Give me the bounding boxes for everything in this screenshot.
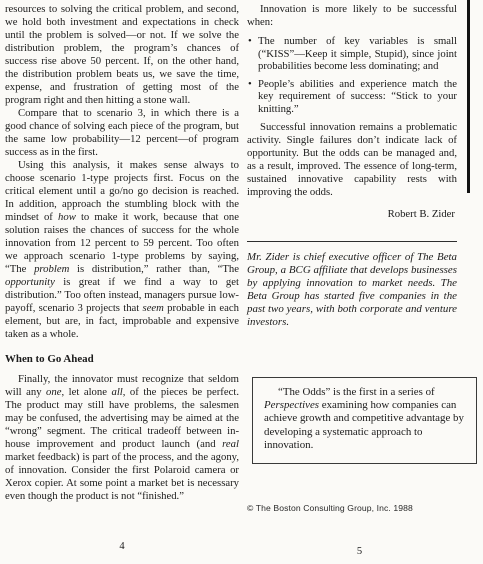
page-4: resources to solving the critical proble… <box>5 3 239 503</box>
section-heading: When to Go Ahead <box>5 353 239 365</box>
page-number-left: 4 <box>5 541 239 552</box>
author-signature: Robert B. Zider <box>247 208 457 220</box>
body-paragraph: Using this analysis, it makes sense alwa… <box>5 159 239 341</box>
bullet-item: The number of key variables is small (“K… <box>247 35 457 73</box>
body-paragraph: resources to solving the critical proble… <box>5 3 239 107</box>
bullet-item: People’s abilities and experience match … <box>247 78 457 116</box>
body-paragraph: Finally, the innovator must recognize th… <box>5 373 239 503</box>
divider-rule <box>247 241 457 242</box>
series-note-box: “The Odds” is the first in a series of P… <box>252 377 477 464</box>
author-bio: Mr. Zider is chief executive officer of … <box>247 251 457 329</box>
series-note-text: “The Odds” is the first in a series of P… <box>264 386 465 453</box>
scan-edge-artifact <box>467 0 470 193</box>
intro-paragraph: Innovation is more likely to be successf… <box>247 3 457 29</box>
scanned-article-spread: resources to solving the critical proble… <box>0 0 483 564</box>
page-number-right: 5 <box>247 546 472 557</box>
bullet-list: The number of key variables is small (“K… <box>247 35 457 116</box>
body-paragraph: Compare that to scenario 3, in which the… <box>5 107 239 159</box>
closing-paragraph: Successful innovation remains a problema… <box>247 121 457 199</box>
page-5: Innovation is more likely to be successf… <box>247 3 457 464</box>
copyright-line: © The Boston Consulting Group, Inc. 1988 <box>247 503 413 513</box>
